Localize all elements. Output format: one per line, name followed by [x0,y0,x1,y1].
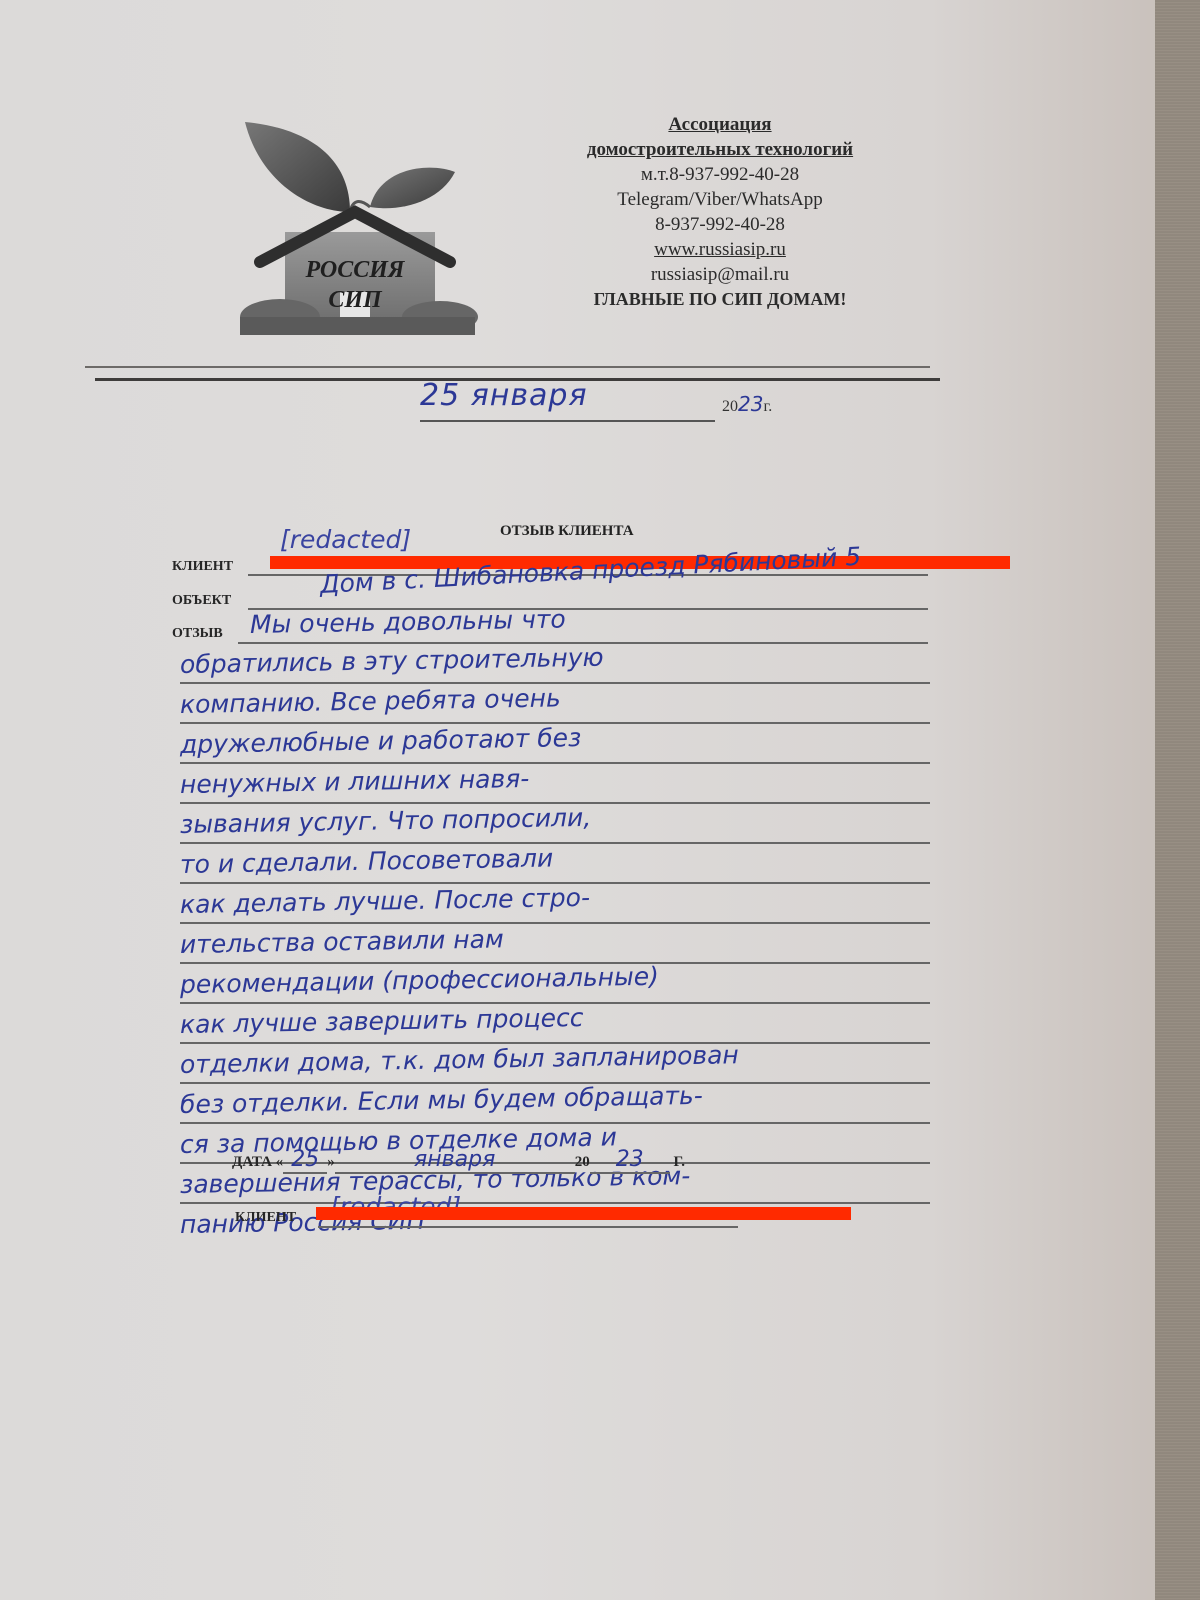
letterhead-contacts: Ассоциация домостроительных технологий м… [530,112,910,312]
background-fabric [1155,0,1200,1600]
signature-line [318,1226,738,1228]
header-date-value: 25 января [420,378,588,413]
client-name: [redacted] [280,525,411,554]
svg-text:СИП: СИП [328,287,383,313]
company-logo: РОССИЯ СИП [230,112,480,342]
org-name-line1: Ассоциация [530,112,910,137]
messenger-phone: 8-937-992-40-28 [530,212,910,237]
signature-label: КЛИЕНТ [235,1210,296,1226]
header-date: 25 января 2023г. [420,378,720,413]
email-link[interactable]: russiasip@mail.ru [530,262,910,287]
client-label: КЛИЕНТ [172,559,233,575]
object-label: ОБЪЕКТ [172,593,231,609]
review-line: ительства оставили нам [180,924,504,959]
review-rule [180,842,930,844]
review-line: ненужных и лишних навя- [180,764,530,799]
redaction-bar-signature [316,1207,851,1220]
slogan: ГЛАВНЫЕ ПО СИП ДОМАМ! [530,287,910,312]
review-label: ОТЗЫВ [172,626,223,642]
header-rule-thin [85,366,930,368]
header-date-year: 2023г. [722,392,772,416]
mobile-phone: м.т.8-937-992-40-28 [530,162,910,187]
form-title: ОТЗЫВ КЛИЕНТА [500,523,634,540]
review-rule [180,1202,930,1204]
signature-date: ДАТА «25»января2023 Г. [232,1147,685,1174]
leaf-left-icon [245,122,350,212]
messengers: Telegram/Viber/WhatsApp [530,187,910,212]
org-name-line2: домостроительных технологий [530,137,910,162]
svg-text:РОССИЯ: РОССИЯ [305,257,406,283]
review-line: Мы очень довольны что [250,604,566,639]
review-rule [180,922,930,924]
header-date-underline [420,420,715,422]
leaf-right-icon [370,168,455,209]
website-link[interactable]: www.russiasip.ru [530,237,910,262]
review-rule [180,762,930,764]
